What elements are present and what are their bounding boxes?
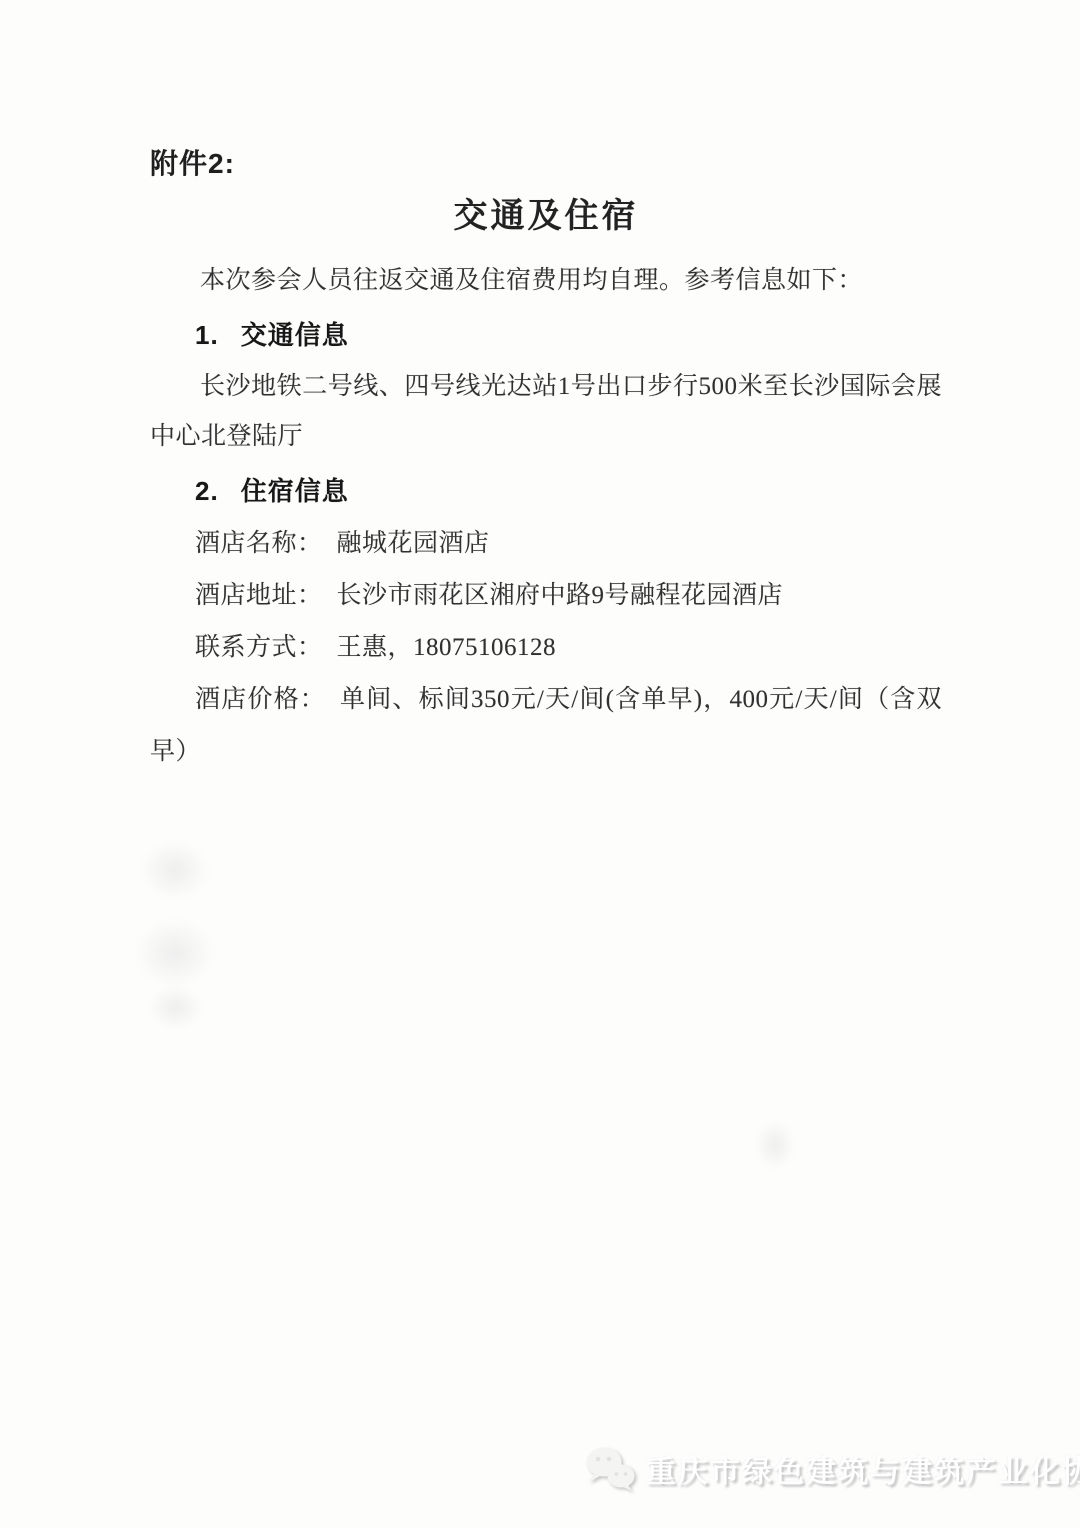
section-2-number: 2. xyxy=(195,476,219,506)
intro-paragraph: 本次参会人员往返交通及住宿费用均自理。参考信息如下： xyxy=(150,256,942,306)
hotel-name-value: 融城花园酒店 xyxy=(337,530,490,557)
hotel-address-label: 酒店地址： xyxy=(195,582,323,609)
scan-smudge xyxy=(755,1120,795,1170)
scan-smudge xyxy=(148,985,203,1030)
contact-value: 王惠，18075106128 xyxy=(337,634,557,661)
scan-smudge xyxy=(140,840,210,900)
wechat-icon xyxy=(584,1446,636,1492)
hotel-address-line: 酒店地址：长沙市雨花区湘府中路9号融程花园酒店 xyxy=(150,570,942,622)
footer-watermark: 重庆市绿色建筑与建筑产业化协会 xyxy=(584,1446,1080,1492)
contact-label: 联系方式： xyxy=(195,634,323,661)
price-label: 酒店价格： xyxy=(195,686,326,713)
section-2-title: 住宿信息 xyxy=(241,476,349,506)
hotel-address-value: 长沙市雨花区湘府中路9号融程花园酒店 xyxy=(337,582,784,609)
document-content: 附件2: 交通及住宿 本次参会人员往返交通及住宿费用均自理。参考信息如下： 1.… xyxy=(150,146,942,778)
contact-line: 联系方式：王惠，18075106128 xyxy=(150,622,942,674)
footer-watermark-text: 重庆市绿色建筑与建筑产业化协会 xyxy=(646,1447,1080,1491)
hotel-name-line: 酒店名称：融城花园酒店 xyxy=(150,518,942,570)
section-1-number: 1. xyxy=(195,320,219,350)
section-2-heading: 2.住宿信息 xyxy=(150,464,942,518)
hotel-name-label: 酒店名称： xyxy=(195,530,323,557)
transport-paragraph: 长沙地铁二号线、四号线光达站1号出口步行500米至长沙国际会展中心北登陆厅 xyxy=(150,362,942,462)
section-1-title: 交通信息 xyxy=(241,320,349,350)
document-title: 交通及住宿 xyxy=(150,194,942,240)
document-page: 附件2: 交通及住宿 本次参会人员往返交通及住宿费用均自理。参考信息如下： 1.… xyxy=(0,0,1080,1528)
scan-smudge xyxy=(135,918,215,988)
price-line: 酒店价格：单间、标间350元/天/间(含单早)，400元/天/间（含双早） xyxy=(150,674,942,778)
section-1-heading: 1.交通信息 xyxy=(150,308,942,362)
attachment-label: 附件2: xyxy=(150,146,942,182)
